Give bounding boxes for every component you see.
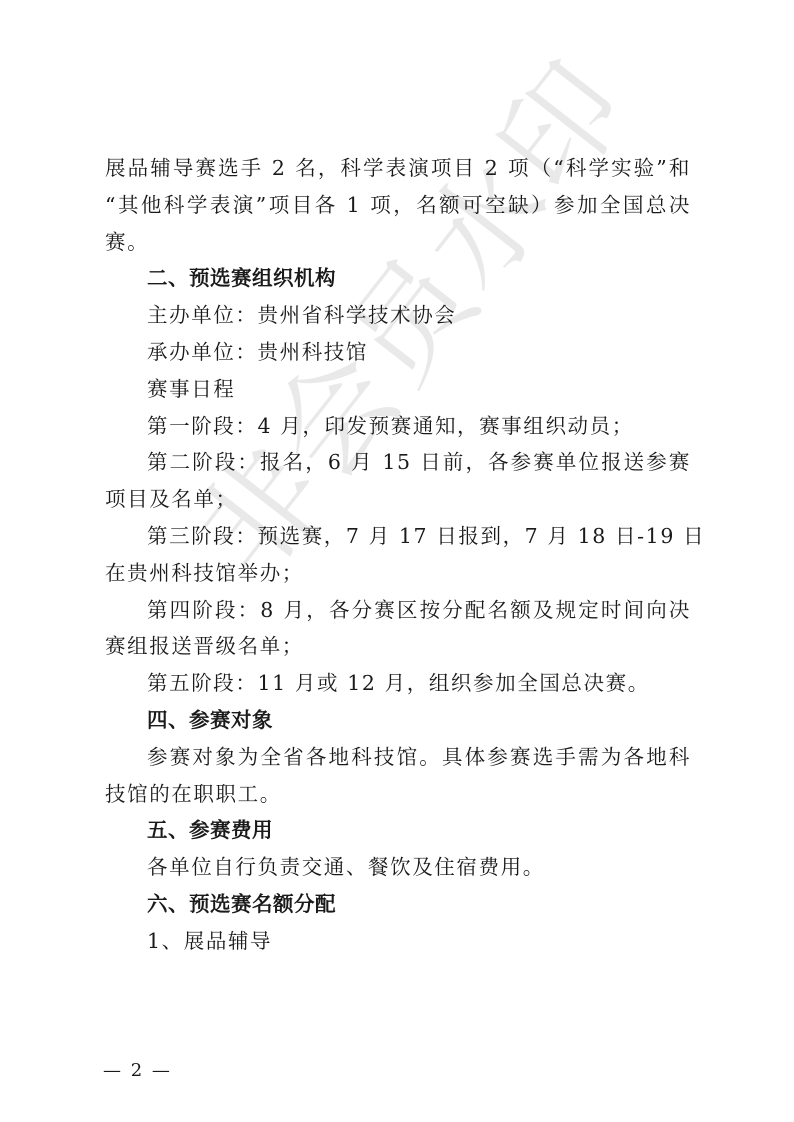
stage-4: 第四阶段：8 月，各分赛区按分配名额及规定时间向决 (105, 592, 691, 629)
stage-5: 第五阶段：11 月或 12 月，组织参加全国总决赛。 (105, 665, 695, 702)
document-page: 非会员水印 展品辅导赛选手 2 名，科学表演项目 2 项（“科学实验”和 “其他… (0, 0, 794, 1122)
participants-text: 参赛对象为全省各地科技馆。具体参赛选手需为各地科 (105, 739, 691, 776)
fees-text: 各单位自行负责交通、餐饮及住宿费用。 (105, 849, 695, 886)
stage-2-cont: 项目及名单； (105, 481, 695, 518)
page-number: — 2 — (103, 1060, 172, 1081)
stage-1: 第一阶段：4 月，印发预赛通知，赛事组织动员； (105, 408, 695, 445)
stage-4-cont: 赛组报送晋级名单； (105, 628, 695, 665)
stage-3: 第三阶段：预选赛，7 月 17 日报到，7 月 18 日-19 日 (105, 518, 691, 555)
schedule-title: 赛事日程 (105, 371, 695, 408)
section-heading-organization: 二、预选赛组织机构 (105, 260, 695, 297)
organizer-unit: 承办单位：贵州科技馆 (105, 334, 695, 371)
participants-text-cont: 技馆的在职职工。 (105, 776, 695, 813)
paragraph-line: 赛。 (105, 224, 695, 261)
section-heading-fees: 五、参赛费用 (105, 812, 695, 849)
paragraph-line: 展品辅导赛选手 2 名，科学表演项目 2 项（“科学实验”和 (105, 150, 691, 187)
quota-item-1: 1、展品辅导 (105, 923, 695, 960)
host-unit: 主办单位：贵州省科学技术协会 (105, 297, 695, 334)
stage-3-cont: 在贵州科技馆举办； (105, 555, 695, 592)
paragraph-line: “其他科学表演”项目各 1 项，名额可空缺）参加全国总决 (105, 187, 691, 224)
stage-2: 第二阶段：报名，6 月 15 日前，各参赛单位报送参赛 (105, 444, 691, 481)
section-heading-quota: 六、预选赛名额分配 (105, 886, 695, 923)
section-heading-participants: 四、参赛对象 (105, 702, 695, 739)
document-body: 展品辅导赛选手 2 名，科学表演项目 2 项（“科学实验”和 “其他科学表演”项… (105, 150, 695, 960)
